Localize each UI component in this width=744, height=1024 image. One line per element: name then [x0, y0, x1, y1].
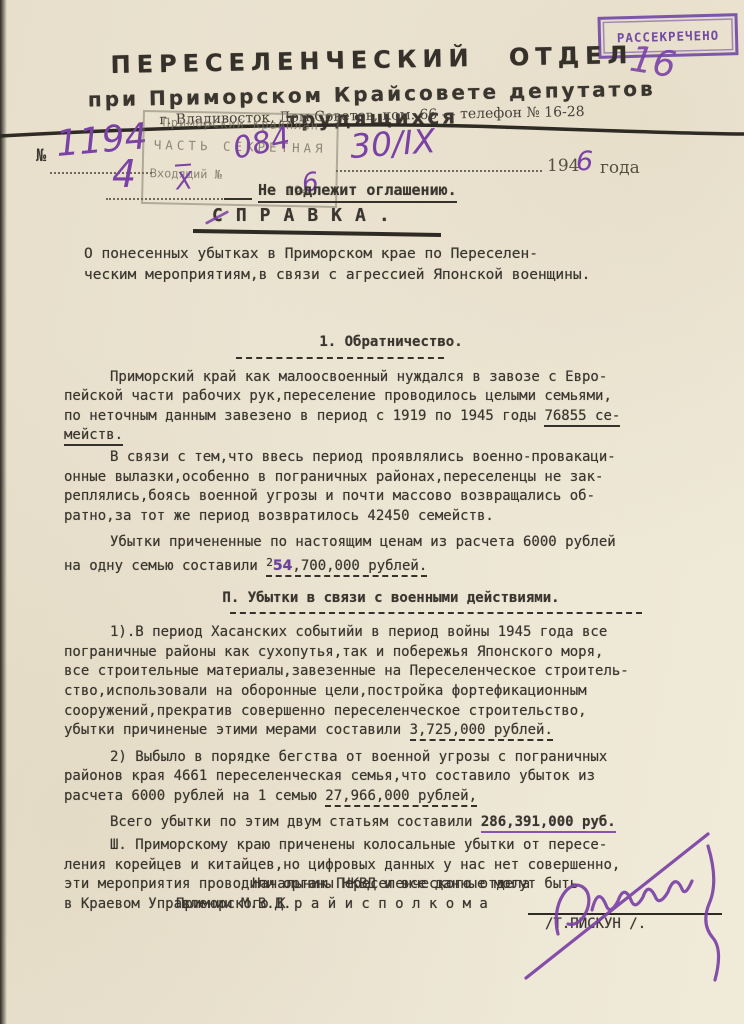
secrecy-leading-dash: [224, 198, 252, 200]
paragraph-inflow: Приморский край как малоосвоенный нуждал…: [64, 368, 718, 446]
losses-figure-rest: ,700,000 рублей.: [292, 558, 427, 574]
paragraph-losses: Убытки причененные по настоящим ценам из…: [64, 533, 718, 576]
signature-title-line1: Начальник Переселенческого отдела: [252, 876, 530, 892]
date-dotted-line: [336, 170, 542, 172]
paragraph-inflow-text: Приморский край как малоосвоенный нуждал…: [64, 369, 612, 424]
doc-title-underline: [193, 229, 441, 236]
date-year-digit-handwritten: 6: [576, 146, 593, 177]
section2-heading: П. Убытки в связи с военными действиями.: [222, 590, 559, 606]
incoming-dotted-line: [106, 198, 234, 200]
document-page: РАССЕКРЕЧЕНО 16 ПЕРЕСЕЛЕНЧЕСКИЙ ОТДЕЛ пр…: [0, 0, 744, 1024]
secrecy-note: Не подлежит оглашению.: [258, 181, 457, 203]
signature-piskun-ink: [512, 816, 744, 988]
number-dotted-line: [50, 172, 152, 174]
losses-figure-hand-digits: 54: [273, 558, 292, 574]
date-year-printed: 194: [547, 156, 579, 176]
incoming-day-handwritten: 4: [112, 152, 136, 196]
paragraph-total-text: Всего убытки по этим двум статьям состав…: [110, 814, 481, 830]
incoming-month-handwritten: X: [175, 163, 194, 195]
doc-subject: О понесенных убытках в Приморском крае п…: [84, 244, 694, 286]
section1-heading-wrap: 1. Обратничество.: [64, 333, 718, 359]
signature-title-line2: Приморского К р а й и с п о л к о м а: [176, 896, 488, 912]
section2-heading-underline: [230, 612, 642, 614]
losses-figure-typed-digit: 2: [266, 556, 273, 569]
paragraph-war-losses-1-text: 1).В период Хасанских событийи в период …: [64, 624, 629, 738]
losses-figure: 254,700,000 рублей.: [266, 558, 427, 577]
doc-title: СПРАВКА.: [212, 205, 403, 226]
section1-heading: 1. Обратничество.: [319, 334, 462, 350]
war-losses-2-figure: 27,966,000 рублей,: [325, 788, 477, 807]
paragraph-war-losses-1: 1).В период Хасанских событийи в период …: [64, 623, 718, 741]
date-year-suffix: года: [600, 158, 640, 178]
section2-heading-wrap: П. Убытки в связи с военными действиями.: [64, 589, 718, 615]
doc-number-label: №: [36, 146, 46, 166]
date-handwritten: 30/IX: [349, 121, 437, 166]
section1-heading-underline: [236, 357, 444, 359]
paragraph-war-losses-2: 2) Выбыло в порядке бегства от военной у…: [64, 748, 718, 807]
war-losses-1-figure: 3,725,000 рублей.: [410, 722, 553, 741]
paragraph-returnees: В связи с тем,что ввесь период проявляли…: [64, 448, 718, 526]
scan-edge-shadow: [0, 0, 7, 1024]
